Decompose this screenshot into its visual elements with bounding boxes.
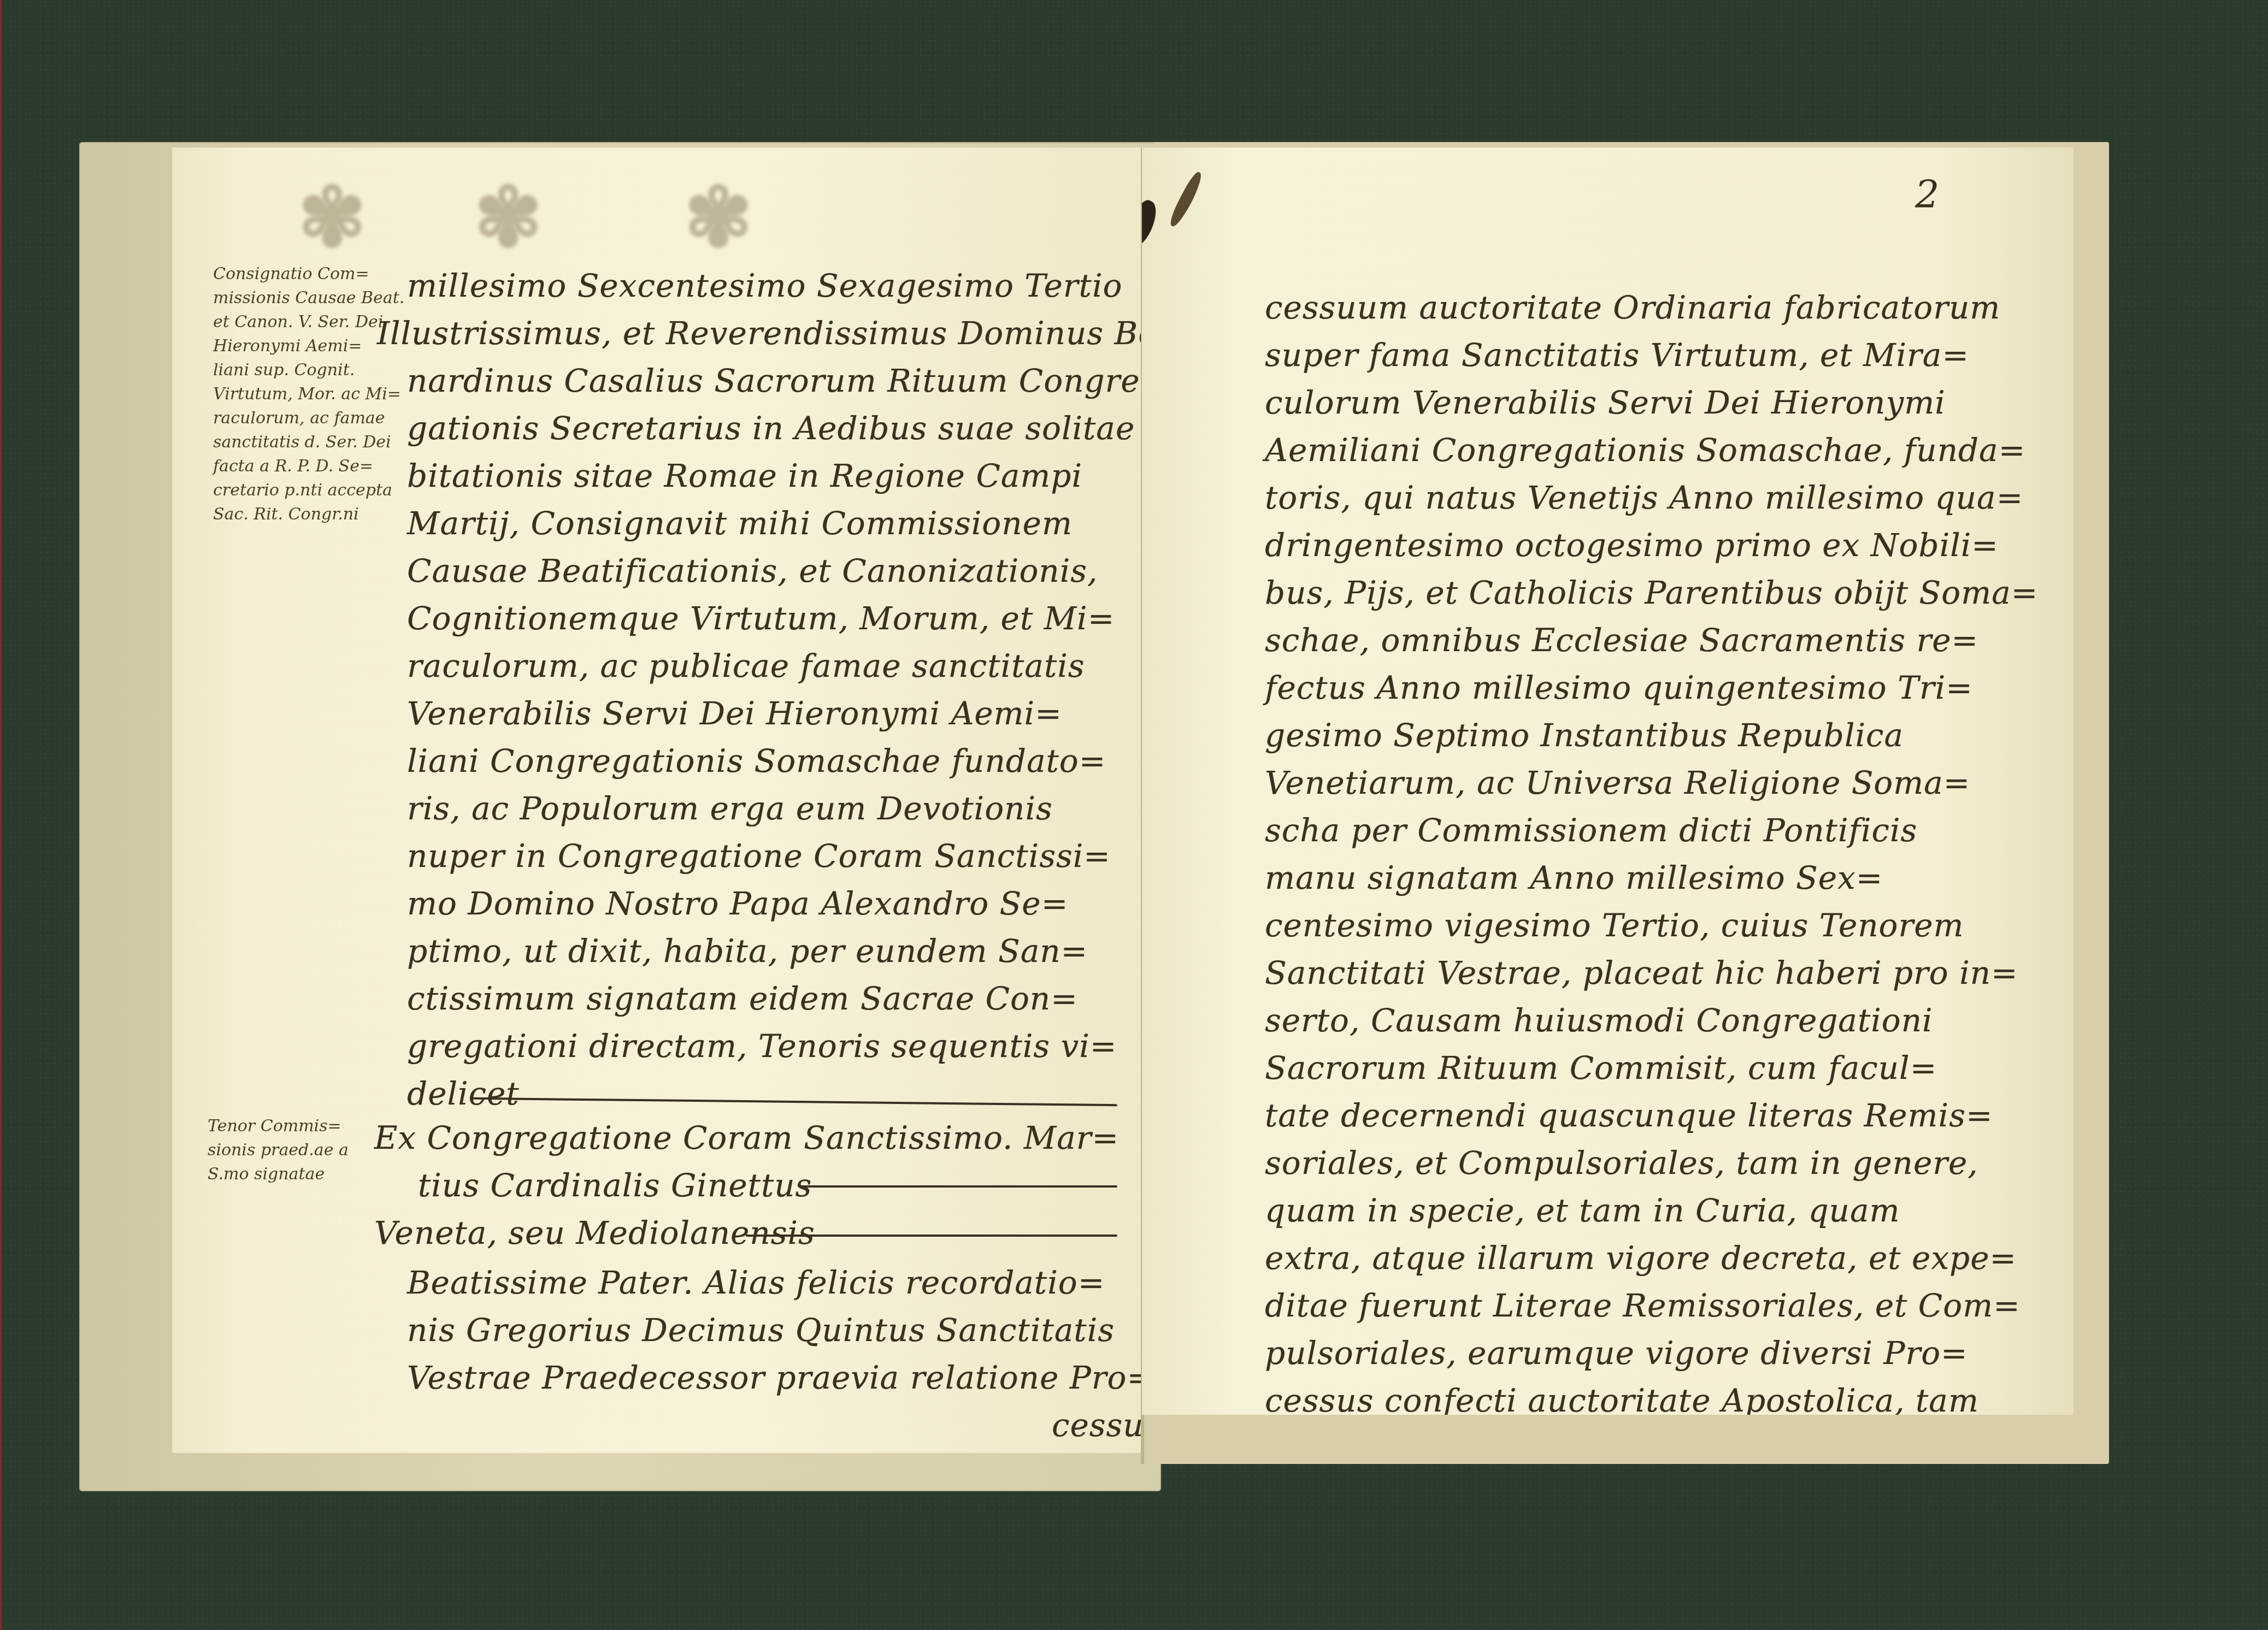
margin-line: facta a R. P. D. Se= bbox=[213, 454, 404, 479]
margin-line: liani sup. Cognit. bbox=[213, 358, 404, 382]
right-page: 2 cessuum auctoritate Ordinaria fabricat… bbox=[1142, 147, 2073, 1415]
text-line: dringentesimo octogesimo primo ex Nobili… bbox=[1265, 522, 2038, 569]
text-line: bitationis sitae Romae in Regione Campi bbox=[407, 452, 1142, 500]
text-line: bus, Pijs, et Catholicis Parentibus obij… bbox=[1265, 569, 2038, 617]
text-line: Venerabilis Servi Dei Hieronymi Aemi= bbox=[407, 690, 1142, 737]
text-line: delicet bbox=[407, 1070, 1142, 1118]
divider-rule bbox=[746, 1235, 1117, 1237]
text-line: fectus Anno millesimo quingentesimo Tri= bbox=[1265, 664, 2038, 712]
text-line: serto, Causam huiusmodi Congregationi bbox=[1265, 997, 2038, 1044]
left-page: ✾ ✾ ✾ Consignatio Com= missionis Causae … bbox=[172, 147, 1142, 1453]
ink-stroke bbox=[1167, 170, 1205, 228]
text-line: extra, atque illarum vigore decreta, et … bbox=[1265, 1235, 2038, 1282]
text-line: toris, qui natus Venetijs Anno millesimo… bbox=[1265, 474, 2038, 522]
text-line: gesimo Septimo Instantibus Republica bbox=[1265, 712, 2038, 759]
divider-rule bbox=[800, 1185, 1117, 1188]
margin-line: raculorum, ac famae bbox=[213, 406, 404, 430]
scan-edge bbox=[0, 0, 2, 1630]
text-line: super fama Sanctitatis Virtutum, et Mira… bbox=[1265, 332, 2038, 379]
text-line: Martij, Consignavit mihi Commissionem bbox=[407, 500, 1142, 547]
text-line: cessuum bbox=[1052, 1402, 1142, 1449]
margin-line: cretario p.nti accepta bbox=[213, 479, 404, 503]
margin-line: S.mo signatae bbox=[208, 1162, 349, 1186]
text-line: Illustrissimus, et Reverendissimus Domin… bbox=[377, 310, 1142, 357]
folio-number: 2 bbox=[1915, 172, 1940, 217]
text-line: mo Domino Nostro Papa Alexandro Se= bbox=[407, 880, 1142, 928]
text-line: ptimo, ut dixit, habita, per eundem San= bbox=[407, 928, 1142, 975]
text-line: cessus confecti auctoritate Apostolica, … bbox=[1265, 1377, 2038, 1415]
margin-line: sanctitatis d. Ser. Dei bbox=[213, 430, 404, 454]
text-line: nis Gregorius Decimus Quintus Sanctitati… bbox=[407, 1307, 1142, 1354]
text-line: gregationi directam, Tenoris sequentis v… bbox=[407, 1023, 1142, 1070]
heading-line: Veneta, seu Mediolanensis bbox=[374, 1209, 1119, 1257]
text-line: manu signatam Anno millesimo Sex= bbox=[1265, 854, 2038, 902]
text-line: nuper in Congregatione Coram Sanctissi= bbox=[407, 832, 1142, 880]
text-line: liani Congregationis Somaschae fundato= bbox=[407, 737, 1142, 785]
text-line: ctissimum signatam eidem Sacrae Con= bbox=[407, 975, 1142, 1023]
text-line: soriales, et Compulsoriales, tam in gene… bbox=[1265, 1139, 2038, 1187]
margin-line: Sac. Rit. Congr.ni bbox=[213, 503, 404, 527]
text-line: culorum Venerabilis Servi Dei Hieronymi bbox=[1265, 379, 2038, 427]
text-line: nardinus Casalius Sacrorum Rituum Congre… bbox=[407, 357, 1142, 405]
text-line: quam in specie, et tam in Curia, quam bbox=[1265, 1187, 2038, 1235]
text-line: centesimo vigesimo Tertio, cuius Tenorem bbox=[1265, 902, 2038, 949]
ink-bleed-stamp: ✾ ✾ ✾ bbox=[298, 169, 758, 265]
open-manuscript-volume: ✾ ✾ ✾ Consignatio Com= missionis Causae … bbox=[33, 126, 2054, 1557]
margin-line: missionis Causae Beat. bbox=[213, 286, 404, 310]
text-line: Vestrae Praedecessor praevia relatione P… bbox=[407, 1354, 1142, 1402]
margin-line: Consignatio Com= bbox=[213, 262, 404, 286]
text-line: Sacrorum Rituum Commisit, cum facul= bbox=[1265, 1044, 2038, 1092]
text-line: pulsoriales, earumque vigore diversi Pro… bbox=[1265, 1330, 2038, 1377]
text-line: Causae Beatificationis, et Canonizationi… bbox=[407, 547, 1142, 595]
text-line: Aemiliani Congregationis Somaschae, fund… bbox=[1265, 427, 2038, 474]
text-line: schae, omnibus Ecclesiae Sacramentis re= bbox=[1265, 617, 2038, 664]
text-line: Sanctitati Vestrae, placeat hic haberi p… bbox=[1265, 949, 2038, 997]
text-line: gationis Secretarius in Aedibus suae sol… bbox=[407, 405, 1142, 452]
margin-line: Tenor Commis= bbox=[208, 1114, 349, 1138]
ink-blot bbox=[1142, 197, 1162, 251]
right-page-body: cessuum auctoritate Ordinaria fabricator… bbox=[1265, 284, 2038, 1415]
text-line: millesimo Sexcentesimo Sexagesimo Tertio bbox=[407, 262, 1142, 310]
text-line: tate decernendi quascunque literas Remis… bbox=[1265, 1092, 2038, 1139]
heading-line: Ex Congregatione Coram Sanctissimo. Mar= bbox=[374, 1114, 1119, 1162]
text-line: Cognitionemque Virtutum, Morum, et Mi= bbox=[407, 595, 1142, 642]
margin-note-tenor: Tenor Commis= sionis praed.ae a S.mo sig… bbox=[208, 1114, 349, 1186]
text-line: scha per Commissionem dicti Pontificis bbox=[1265, 807, 2038, 854]
margin-note-consignment: Consignatio Com= missionis Causae Beat. … bbox=[213, 262, 404, 527]
text-line: Beatissime Pater. Alias felicis recordat… bbox=[407, 1259, 1142, 1307]
text-line: cessuum auctoritate Ordinaria fabricator… bbox=[1265, 284, 2038, 332]
left-page-closing: Beatissime Pater. Alias felicis recordat… bbox=[407, 1259, 1142, 1449]
margin-line: Hieronymi Aemi= bbox=[213, 334, 404, 358]
text-line: ditae fuerunt Literae Remissoriales, et … bbox=[1265, 1282, 2038, 1330]
text-line: ris, ac Populorum erga eum Devotionis bbox=[407, 785, 1142, 832]
text-line: raculorum, ac publicae famae sanctitatis bbox=[407, 642, 1142, 690]
margin-line: sionis praed.ae a bbox=[208, 1138, 349, 1162]
text-line: Venetiarum, ac Universa Religione Soma= bbox=[1265, 759, 2038, 807]
margin-line: Virtutum, Mor. ac Mi= bbox=[213, 382, 404, 406]
margin-line: et Canon. V. Ser. Dei bbox=[213, 310, 404, 334]
left-page-body: millesimo Sexcentesimo Sexagesimo Tertio… bbox=[407, 262, 1142, 1118]
